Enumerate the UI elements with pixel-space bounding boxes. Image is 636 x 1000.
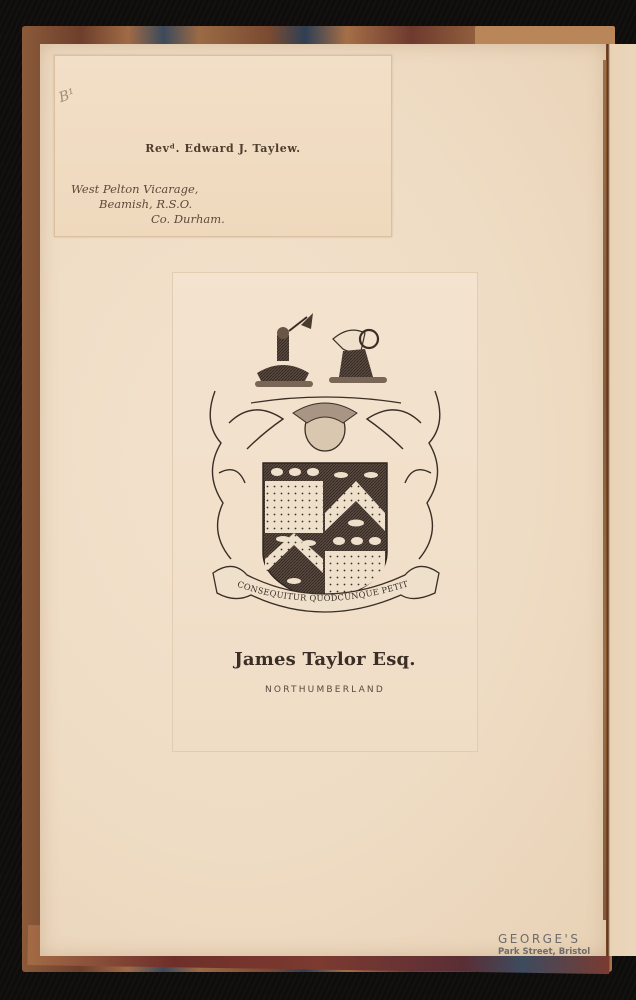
worn-board-corner bbox=[475, 26, 615, 46]
pencil-mark: B¹ bbox=[57, 86, 77, 106]
bookseller-address: Park Street, Bristol bbox=[498, 947, 590, 957]
rams-head-icon bbox=[329, 330, 387, 383]
card-address-line-2: Beamish, R.S.O. bbox=[99, 197, 192, 211]
hand-with-sword-on-coronet-icon bbox=[255, 313, 313, 387]
bookseller-name: GEORGE'S bbox=[498, 932, 590, 946]
hinge-stain bbox=[603, 60, 607, 920]
helmet-icon bbox=[293, 403, 357, 451]
coat-of-arms-icon: CONSEQUITUR QUODCUNQUE PETIT bbox=[173, 273, 477, 643]
bookplate-county: NORTHUMBERLAND bbox=[173, 685, 477, 695]
shield-icon bbox=[263, 463, 387, 603]
card-name: Revᵈ. Edward J. Taylew. bbox=[55, 142, 391, 155]
bookseller-stamp: GEORGE'S Park Street, Bristol bbox=[498, 932, 590, 957]
bookplate-owner: James Taylor Esq. bbox=[173, 649, 477, 670]
armorial-bookplate: CONSEQUITUR QUODCUNQUE PETIT James Taylo… bbox=[172, 272, 478, 752]
card-address-line-3: Co. Durham. bbox=[151, 212, 225, 226]
free-endpaper-edge bbox=[606, 44, 636, 956]
card-address-line-1: West Pelton Vicarage, bbox=[71, 182, 198, 196]
visiting-card: B¹ Revᵈ. Edward J. Taylew. West Pelton V… bbox=[54, 55, 392, 237]
